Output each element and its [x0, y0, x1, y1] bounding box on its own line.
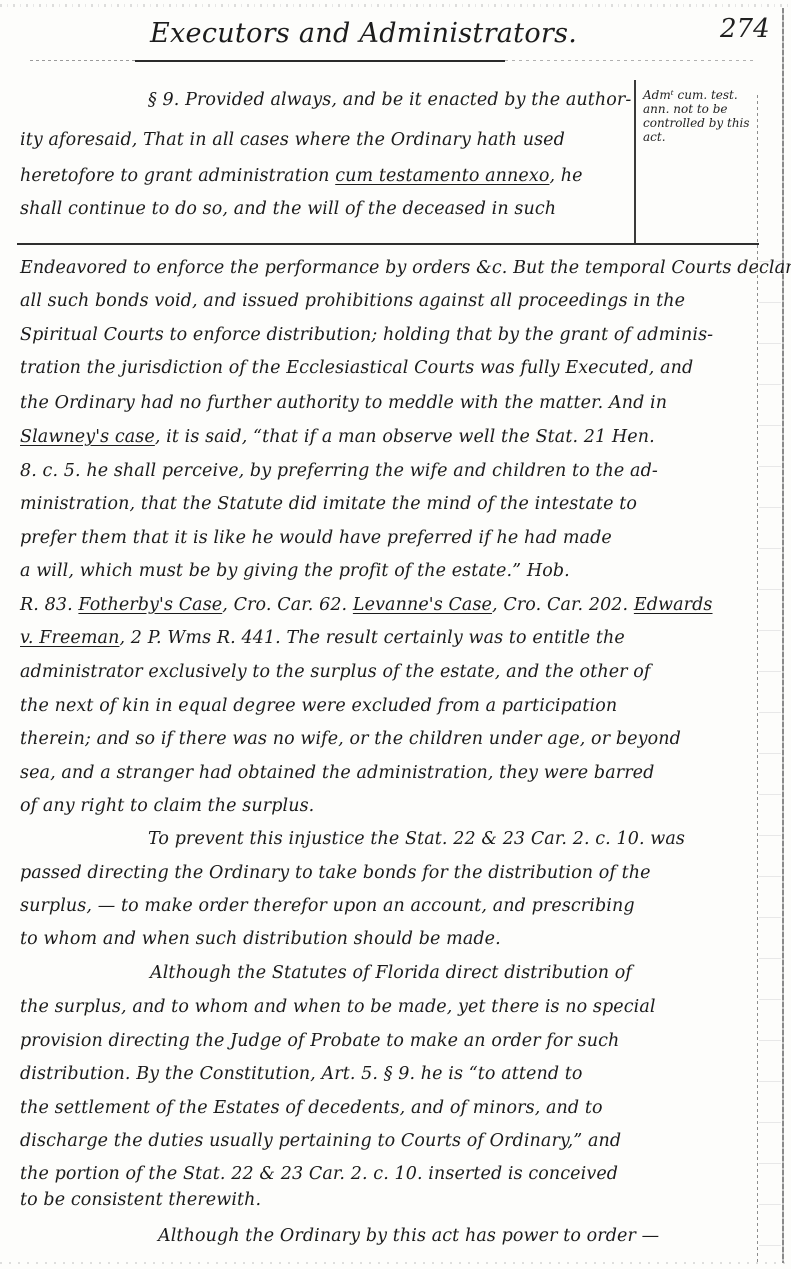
body-line: surplus, — to make order therefor upon a…: [20, 896, 635, 916]
case-citation: Fotherby's Case: [78, 595, 222, 615]
manuscript-page: Executors and Administrators. 274 Admᵗ c…: [0, 0, 791, 1269]
case-citation: Edwards: [634, 595, 713, 615]
body-line: the Ordinary had no further authority to…: [20, 393, 667, 413]
body-line: sea, and a stranger had obtained the adm…: [20, 763, 654, 783]
body-line: tration the jurisdiction of the Ecclesia…: [20, 358, 693, 378]
body-text: , 2 P. Wms R. 441. The result certainly …: [119, 628, 624, 648]
body-line: Although the Statutes of Florida direct …: [150, 963, 632, 983]
margin-note-line: ann. not to be: [643, 102, 753, 116]
body-line: the next of kin in equal degree were exc…: [20, 696, 617, 716]
case-citation: Levanne's Case: [353, 595, 492, 615]
underlined-latin-phrase: cum testamento annexo: [335, 166, 549, 186]
body-text: , Cro. Car. 62.: [222, 595, 353, 615]
body-line: passed directing the Ordinary to take bo…: [20, 863, 651, 883]
body-line: Slawney's case, it is said, “that if a m…: [20, 427, 655, 447]
margin-note-border: [634, 80, 636, 243]
margin-note-line: act.: [643, 130, 753, 144]
body-line: To prevent this injustice the Stat. 22 &…: [148, 829, 685, 849]
section-line: ity aforesaid, That in all cases where t…: [20, 130, 565, 150]
body-line: provision directing the Judge of Probate…: [20, 1031, 619, 1051]
body-line: Spiritual Courts to enforce distribution…: [20, 325, 713, 345]
section-text: heretofore to grant administration: [20, 166, 335, 186]
body-line: a will, which must be by giving the prof…: [20, 561, 570, 581]
body-line: R. 83. Fotherby's Case, Cro. Car. 62. Le…: [20, 595, 713, 615]
case-citation: v. Freeman: [20, 628, 119, 648]
margin-note: Admᵗ cum. test. ann. not to be controlle…: [643, 88, 753, 144]
body-line: of any right to claim the surplus.: [20, 796, 314, 816]
section-line: shall continue to do so, and the will of…: [20, 199, 556, 219]
section-divider-rule: [17, 243, 759, 245]
body-text: R. 83.: [20, 595, 78, 615]
body-line: therein; and so if there was no wife, or…: [20, 729, 681, 749]
page-title: Executors and Administrators.: [150, 18, 577, 49]
page-number: 274: [720, 14, 770, 44]
margin-note-line: Admᵗ cum. test.: [643, 88, 753, 102]
page-top-edge: [0, 4, 791, 7]
body-text: , it is said, “that if a man observe wel…: [155, 427, 655, 447]
body-line: to be consistent therewith.: [20, 1190, 261, 1210]
body-line: 8. c. 5. he shall perceive, by preferrin…: [20, 461, 658, 481]
body-line: ministration, that the Statute did imita…: [20, 494, 637, 514]
right-margin-speckle: [759, 250, 781, 1260]
body-line: all such bonds void, and issued prohibit…: [20, 291, 685, 311]
body-line: the settlement of the Estates of deceden…: [20, 1098, 603, 1118]
body-line: administrator exclusively to the surplus…: [20, 662, 651, 682]
title-underline: [135, 60, 505, 62]
section-line: § 9. Provided always, and be it enacted …: [148, 90, 631, 110]
section-text: , he: [549, 166, 582, 186]
body-line: discharge the duties usually pertaining …: [20, 1131, 621, 1151]
body-line: to whom and when such distribution shoul…: [20, 929, 501, 949]
body-line: Although the Ordinary by this act has po…: [158, 1226, 659, 1246]
body-text: , Cro. Car. 202.: [492, 595, 634, 615]
margin-note-line: controlled by this: [643, 116, 753, 130]
body-line: distribution. By the Constitution, Art. …: [20, 1064, 583, 1084]
page-right-edge: [782, 8, 784, 1263]
section-line: heretofore to grant administration cum t…: [20, 166, 583, 186]
body-line: the portion of the Stat. 22 & 23 Car. 2.…: [20, 1164, 618, 1184]
body-line: prefer them that it is like he would hav…: [20, 528, 612, 548]
body-line: the surplus, and to whom and when to be …: [20, 997, 656, 1017]
case-citation: Slawney's case: [20, 427, 155, 447]
body-line: v. Freeman, 2 P. Wms R. 441. The result …: [20, 628, 625, 648]
title-underline-right: [505, 60, 755, 61]
title-underline-left: [30, 60, 135, 61]
body-line: Endeavored to enforce the performance by…: [20, 258, 791, 278]
page-bottom-edge: [0, 1262, 791, 1264]
